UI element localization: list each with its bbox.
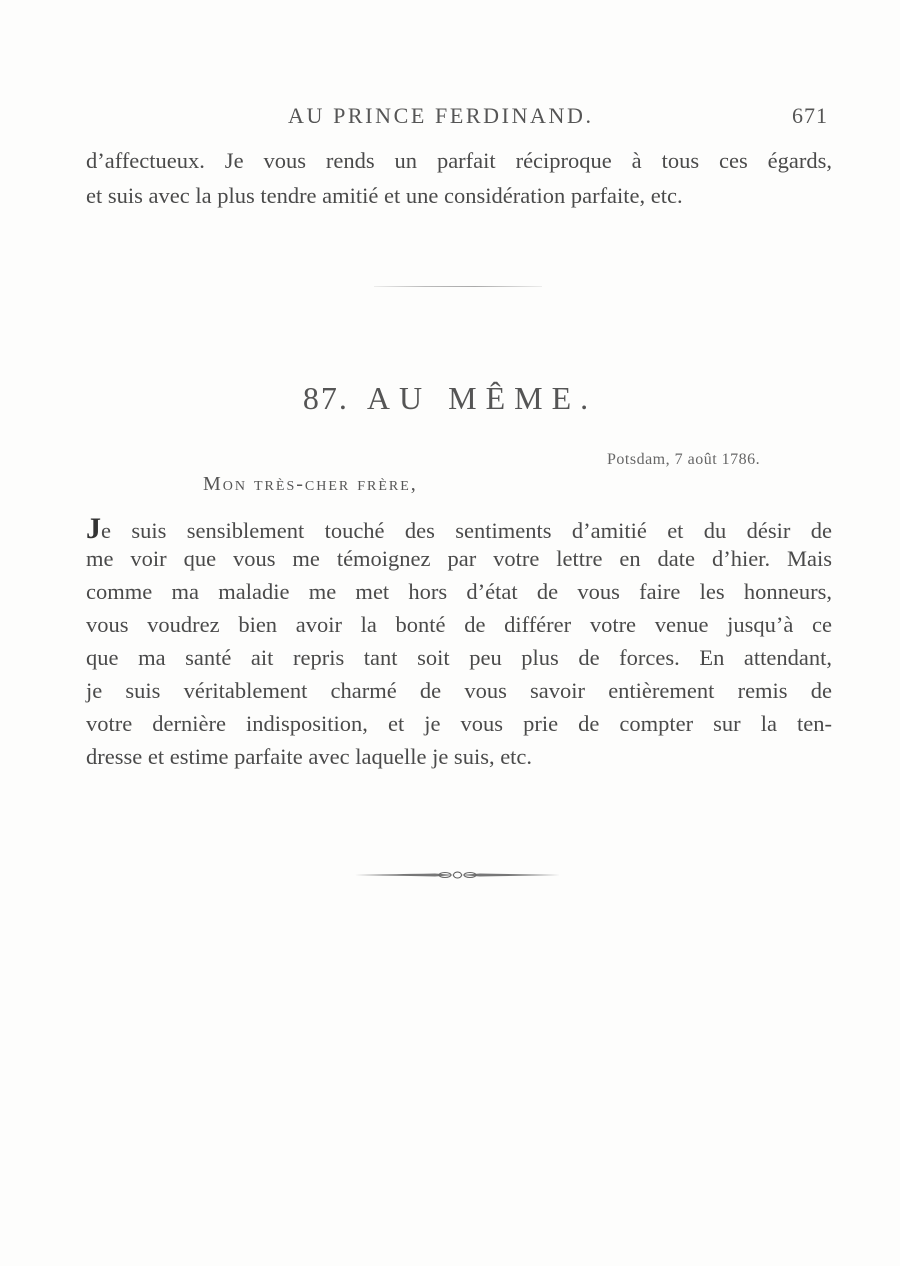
page-number: 671 <box>792 103 828 129</box>
running-head: AU PRINCE FERDINAND. <box>288 103 594 129</box>
body-line-1: Je suis sensiblement touché des sentimen… <box>86 512 832 546</box>
body-line-2: me voir que vous me témoignez par votre … <box>86 546 832 572</box>
section-rule <box>374 286 542 287</box>
salutation: Mon très-cher frère, <box>203 473 418 496</box>
dateline: Potsdam, 7 août 1786. <box>607 451 760 469</box>
body-line-6: je suis véritablement charmé de vous sav… <box>86 678 832 704</box>
tailpiece-ornament-icon <box>355 868 560 882</box>
letter-number: 87. <box>303 380 349 416</box>
body-line-5: que ma santé ait repris tant soit peu pl… <box>86 645 832 671</box>
body-line-4: vous voudrez bien avoir la bonté de diff… <box>86 612 832 638</box>
letter-title: AU MÊME. <box>367 380 597 416</box>
body-line-3: comme ma maladie me met hors d’état de v… <box>86 579 832 605</box>
body-line-7: votre dernière indisposition, et je vous… <box>86 711 832 737</box>
body-line-8: dresse et estime parfaite avec laquelle … <box>86 744 832 770</box>
letter-heading: 87.AU MÊME. <box>0 380 900 417</box>
previous-letter-line-1: d’affectueux. Je vous rends un parfait r… <box>86 148 832 174</box>
first-line-text: e suis sensiblement touché des sentiment… <box>101 518 832 543</box>
previous-letter-line-2: et suis avec la plus tendre amitié et un… <box>86 183 832 209</box>
drop-cap: J <box>86 512 101 545</box>
